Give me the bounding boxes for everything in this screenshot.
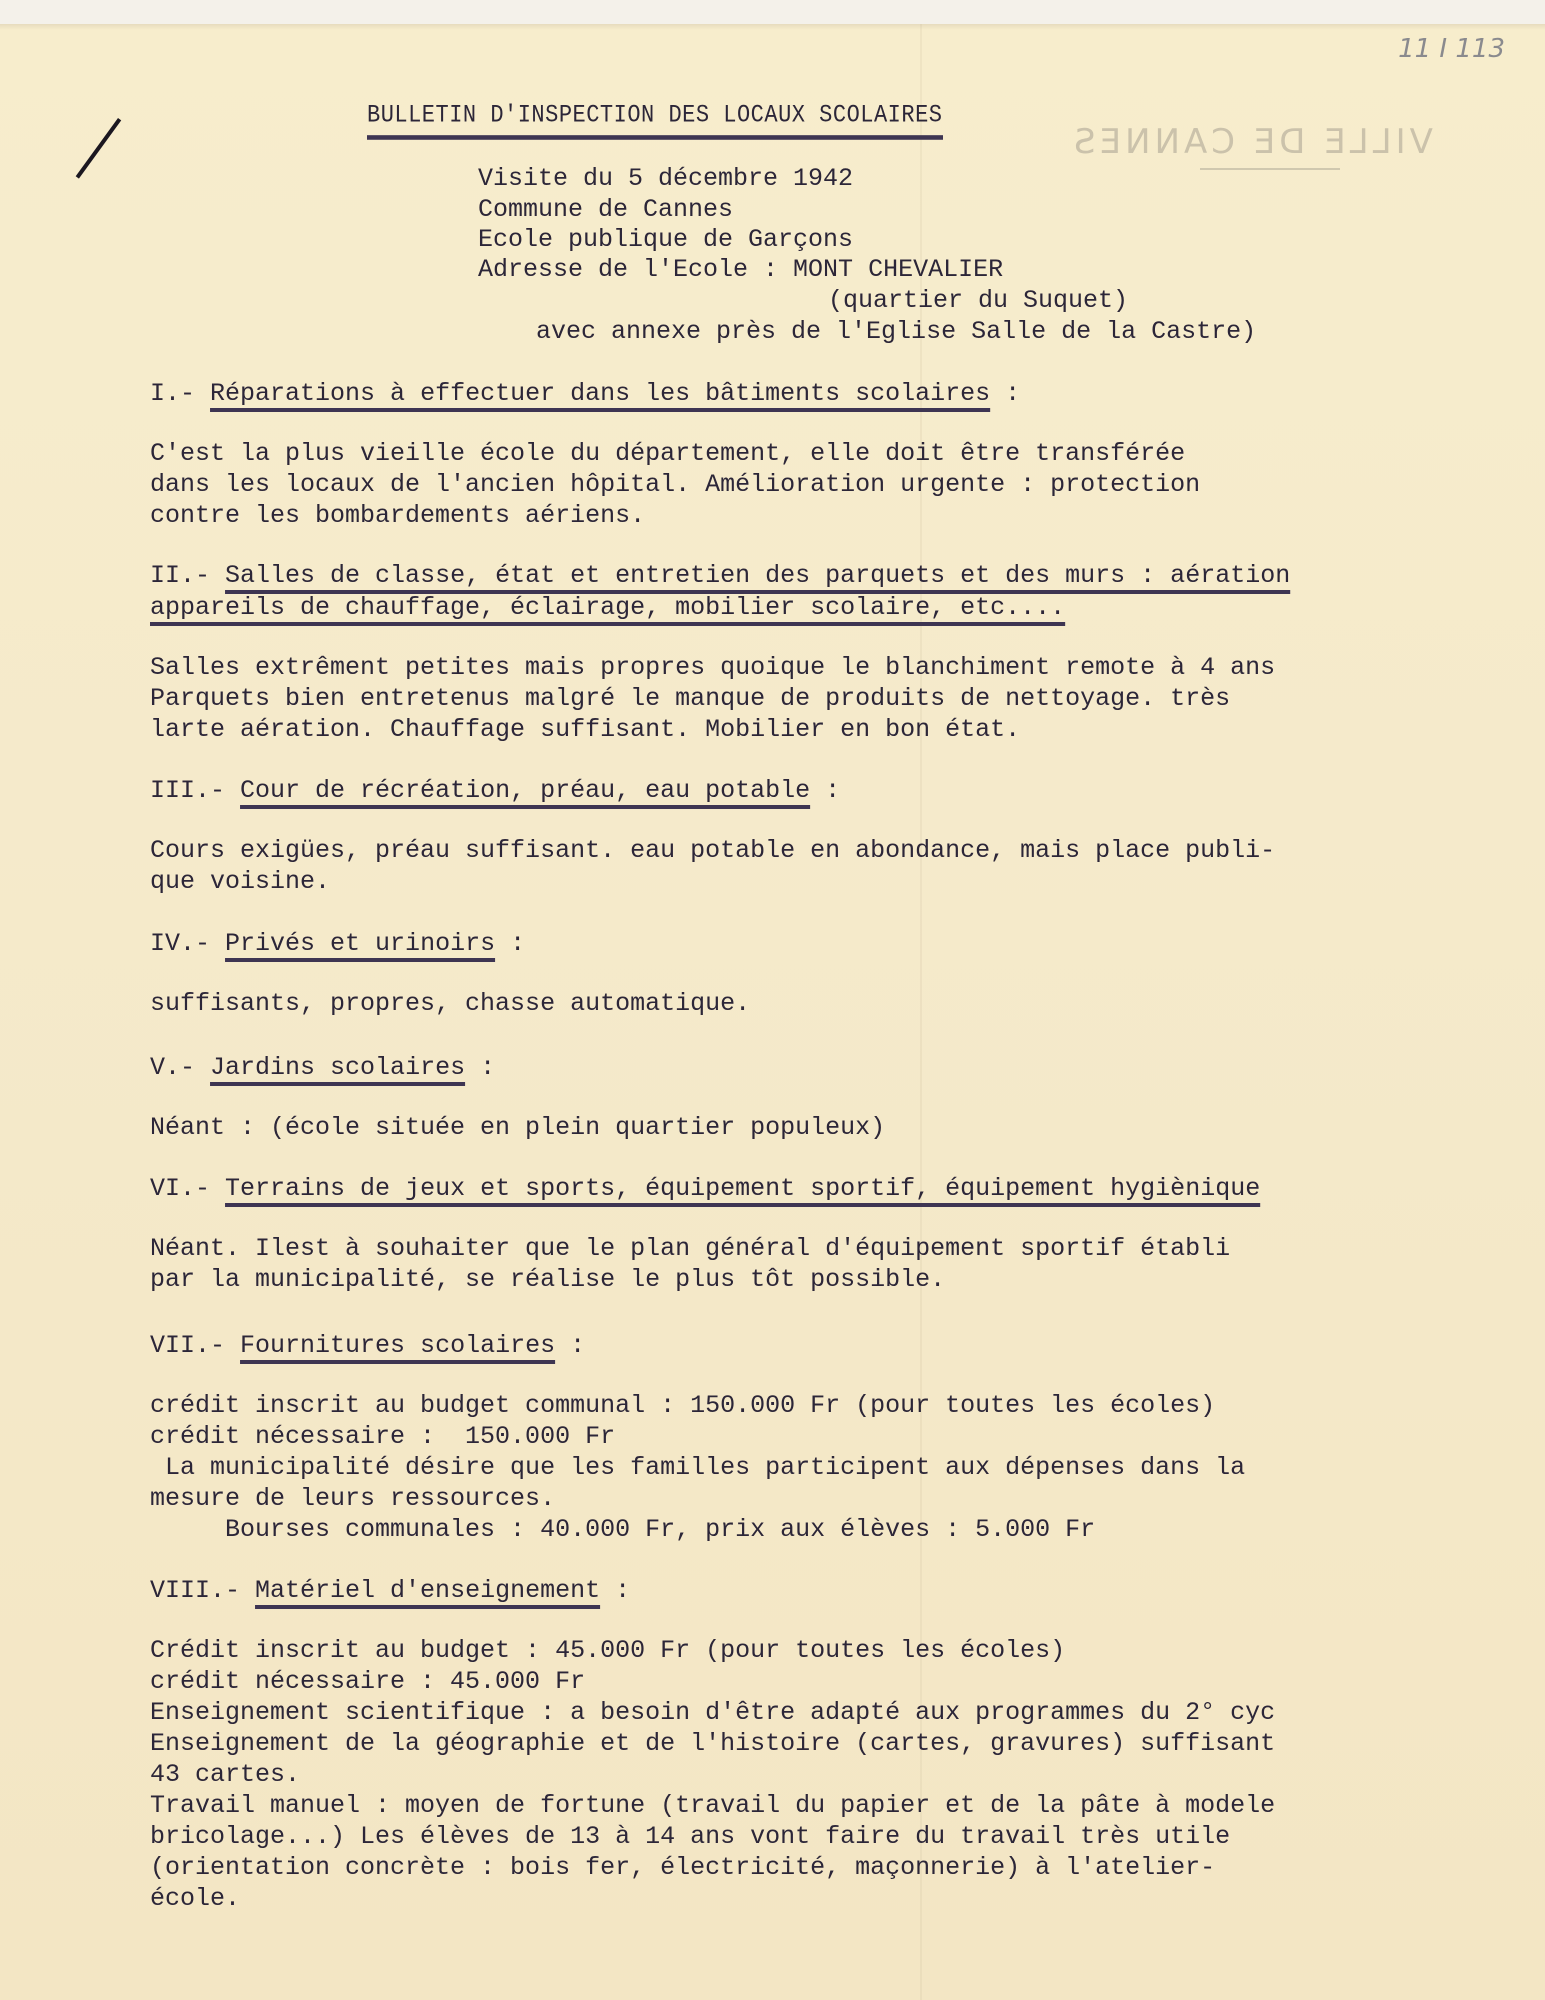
section-2-line: Salles extrêment petites mais propres qu… — [150, 652, 1275, 683]
archive-number: 11 I 113 — [1398, 34, 1505, 64]
ville-de-cannes-stamp: VILLE DE CANNES — [1070, 122, 1433, 162]
section-4-line: suffisants, propres, chasse automatique. — [150, 988, 750, 1019]
section-6-line: par la municipalité, se réalise le plus … — [150, 1264, 945, 1295]
section-8-line: (orientation concrète : bois fer, électr… — [150, 1852, 1215, 1883]
section-8-line: bricolage...) Les élèves de 13 à 14 ans … — [150, 1821, 1230, 1852]
section-3-heading: III.- Cour de récréation, préau, eau pot… — [150, 775, 840, 806]
section-6-heading: VI.- Terrains de jeux et sports, équipem… — [150, 1173, 1260, 1204]
section-8-heading: VIII.- Matériel d'enseignement : — [150, 1575, 630, 1606]
section-5-heading: V.- Jardins scolaires : — [150, 1052, 495, 1083]
section-1-line: contre les bombardements aériens. — [150, 500, 645, 531]
document-title: BULLETIN D'INSPECTION DES LOCAUX SCOLAIR… — [367, 97, 943, 140]
school-address: Adresse de l'Ecole : MONT CHEVALIER — [478, 254, 1003, 285]
paper-edge — [0, 24, 1545, 30]
section-2-line: larte aération. Chauffage suffisant. Mob… — [150, 714, 1020, 745]
section-8-line: Enseignement de la géographie et de l'hi… — [150, 1728, 1275, 1759]
visit-date: Visite du 5 décembre 1942 — [478, 163, 853, 194]
section-7-line: La municipalité désire que les familles … — [150, 1452, 1245, 1483]
section-3-line: que voisine. — [150, 866, 330, 897]
section-2-heading-cont: appareils de chauffage, éclairage, mobil… — [150, 592, 1065, 623]
section-1-heading: I.- Réparations à effectuer dans les bât… — [150, 378, 1020, 409]
school-annex: avec annexe près de l'Eglise Salle de la… — [536, 316, 1256, 347]
section-3-line: Cours exigües, préau suffisant. eau pota… — [150, 835, 1275, 866]
section-8-line: 43 cartes. — [150, 1759, 300, 1790]
section-2-heading: II.- Salles de classe, état et entretien… — [150, 560, 1290, 591]
section-7-heading: VII.- Fournitures scolaires : — [150, 1330, 585, 1361]
section-2-line: Parquets bien entretenus malgré le manqu… — [150, 683, 1230, 714]
section-8-line: Enseignement scientifique : a besoin d'ê… — [150, 1697, 1275, 1728]
section-1-line: C'est la plus vieille école du départeme… — [150, 438, 1185, 469]
section-7-line: crédit inscrit au budget communal : 150.… — [150, 1390, 1215, 1421]
section-7-line: Bourses communales : 40.000 Fr, prix aux… — [150, 1514, 1095, 1545]
section-8-line: Travail manuel : moyen de fortune (trava… — [150, 1790, 1275, 1821]
section-1-line: dans les locaux de l'ancien hôpital. Amé… — [150, 469, 1200, 500]
section-7-line: crédit nécessaire : 150.000 Fr — [150, 1421, 615, 1452]
school-name: Ecole publique de Garçons — [478, 224, 853, 255]
section-8-line: crédit nécessaire : 45.000 Fr — [150, 1666, 585, 1697]
section-8-line: école. — [150, 1883, 240, 1914]
section-7-line: mesure de leurs ressources. — [150, 1483, 555, 1514]
section-6-line: Néant. Ilest à souhaiter que le plan gén… — [150, 1233, 1230, 1264]
section-4-heading: IV.- Privés et urinoirs : — [150, 928, 525, 959]
section-5-line: Néant : (école située en plein quartier … — [150, 1112, 885, 1143]
commune: Commune de Cannes — [478, 194, 733, 225]
school-district: (quartier du Suquet) — [828, 285, 1128, 316]
stamp-rule — [1200, 168, 1340, 170]
section-8-line: Crédit inscrit au budget : 45.000 Fr (po… — [150, 1635, 1065, 1666]
